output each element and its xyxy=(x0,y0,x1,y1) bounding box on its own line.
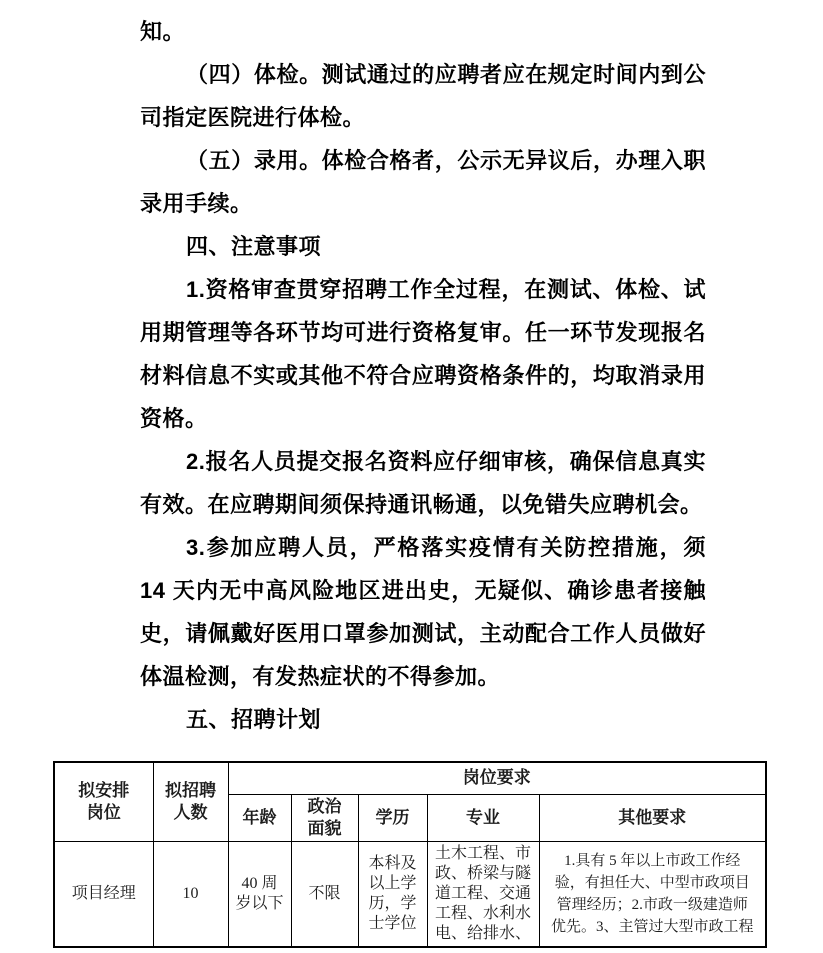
paragraph-continuation: 知。 xyxy=(140,10,706,53)
header-planned-headcount: 拟招聘 人数 xyxy=(153,762,228,841)
cell-headcount: 10 xyxy=(153,841,228,947)
header-job-requirements: 岗位要求 xyxy=(228,762,766,794)
section-heading-plan: 五、招聘计划 xyxy=(140,698,706,741)
header-education: 学历 xyxy=(358,794,427,841)
paragraph-note-2: 2.报名人员提交报名资料应仔细审核，确保信息真实有效。在应聘期间须保持通讯畅通，… xyxy=(140,440,706,526)
paragraph-note-1: 1.资格审查贯穿招聘工作全过程，在测试、体检、试用期管理等各环节均可进行资格复审… xyxy=(140,268,706,440)
recruitment-plan-table: 拟安排 岗位 拟招聘 人数 岗位要求 年龄 政治 面貌 学历 专业 其他要求 项… xyxy=(53,761,767,948)
document-body: 知。 （四）体检。测试通过的应聘者应在规定时间内到公司指定医院进行体检。 （五）… xyxy=(140,0,706,741)
cell-political: 不限 xyxy=(291,841,358,947)
paragraph-note-3: 3.参加应聘人员，严格落实疫情有关防控措施，须 14 天内无中高风险地区进出史，… xyxy=(140,526,706,698)
header-other-requirements: 其他要求 xyxy=(539,794,766,841)
cell-age: 40 周 岁以下 xyxy=(228,841,291,947)
cell-other-requirements: 1.具有 5 年以上市政工作经 验，有担任大、中型市政项目 管理经历；2.市政一… xyxy=(539,841,766,947)
header-major: 专业 xyxy=(427,794,539,841)
document-page: 知。 （四）体检。测试通过的应聘者应在规定时间内到公司指定医院进行体检。 （五）… xyxy=(0,0,823,953)
section-heading-notes: 四、注意事项 xyxy=(140,225,706,268)
paragraph-physical-exam: （四）体检。测试通过的应聘者应在规定时间内到公司指定医院进行体检。 xyxy=(140,53,706,139)
cell-major: 土木工程、市 政、桥梁与隧 道工程、交通 工程、水利水 电、给排水、 xyxy=(427,841,539,947)
header-political-status: 政治 面貌 xyxy=(291,794,358,841)
cell-position: 项目经理 xyxy=(54,841,153,947)
table-row-project-manager: 项目经理 10 40 周 岁以下 不限 本科及 以上学 历，学 士学位 土木工程… xyxy=(54,841,766,947)
header-planned-position: 拟安排 岗位 xyxy=(54,762,153,841)
cell-education: 本科及 以上学 历，学 士学位 xyxy=(358,841,427,947)
header-age: 年龄 xyxy=(228,794,291,841)
paragraph-hiring: （五）录用。体检合格者，公示无异议后，办理入职录用手续。 xyxy=(140,139,706,225)
